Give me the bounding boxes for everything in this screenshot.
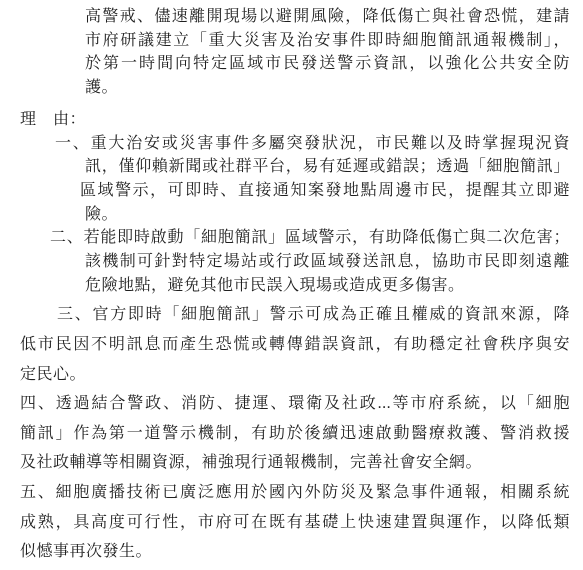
text-line: 區域警示，可即時、直接通知案發地點周邊市民，提醒其立即避 [80,179,570,203]
text-line: 護。 [85,76,570,100]
text-line: 於第一時間向特定區域市民發送警示資訊，以強化公共安全防 [85,52,570,76]
text-line: 成熟，具高度可行性，市府可在既有基礎上快速建置與運作，以降低類 [20,508,570,538]
text-line: 該機制可針對特定場站或行政區域發送訊息，協助市民即刻遠離 [85,250,570,274]
reason-item-5: 五、細胞廣播技術已廣泛應用於國內外防災及緊急事件通報，相關系統 成熟，具高度可行… [20,478,570,567]
text-line: 高警戒、儘速離開現場以避開風險，降低傷亡與社會恐慌，建請 [85,5,570,29]
reasons-heading: 理 由： [20,108,570,132]
reason-item-2: 二、若能即時啟動「細胞簡訊」區域警示，有助降低傷亡與二次危害； 該機制可針對特定… [20,226,570,297]
document-page: 高警戒、儘速離開現場以避開風險，降低傷亡與社會恐慌，建請 市府研議建立「重大災害… [0,0,583,570]
text-line: 四、透過結合警政、消防、捷運、環衛及社政...等市府系統，以「細胞 [20,389,570,419]
reason-item-1: 一、重大治安或災害事件多屬突發狀況，市民難以及時掌握現況資 訊，僅仰賴新聞或社群… [20,132,570,227]
text-line: 險。 [85,203,570,227]
text-line: 二、若能即時啟動「細胞簡訊」區域警示，有助降低傷亡與二次危害； [50,226,570,250]
intro-paragraph: 高警戒、儘速離開現場以避開風險，降低傷亡與社會恐慌，建請 市府研議建立「重大災害… [20,5,570,100]
text-line: 低市民因不明訊息而產生恐慌或轉傳錯誤資訊，有助穩定社會秩序與安 [20,330,570,360]
text-line: 定民心。 [20,360,570,390]
reason-item-4: 四、透過結合警政、消防、捷運、環衛及社政...等市府系統，以「細胞 簡訊」作為第… [20,389,570,478]
text-line: 訊，僅仰賴新聞或社群平台，易有延遲或錯誤；透過「細胞簡訊」 [85,155,570,179]
text-line: 市府研議建立「重大災害及治安事件即時細胞簡訊通報機制」， [85,29,570,53]
text-line: 簡訊」作為第一道警示機制，有助於後續迅速啟動醫療救護、警消救援 [20,419,570,449]
text-line: 及社政輔導等相關資源，補強現行通報機制，完善社會安全網。 [20,448,570,478]
reason-item-3: 三、官方即時「細胞簡訊」警示可成為正確且權威的資訊來源，降 低市民因不明訊息而產… [20,300,570,389]
text-line: 三、官方即時「細胞簡訊」警示可成為正確且權威的資訊來源，降 [57,300,570,330]
text-line: 似憾事再次發生。 [20,537,570,567]
text-line: 五、細胞廣播技術已廣泛應用於國內外防災及緊急事件通報，相關系統 [20,478,570,508]
text-line: 危險地點，避免其他市民誤入現場或造成更多傷害。 [85,274,570,298]
text-line: 一、重大治安或災害事件多屬突發狀況，市民難以及時掌握現況資 [55,132,570,156]
